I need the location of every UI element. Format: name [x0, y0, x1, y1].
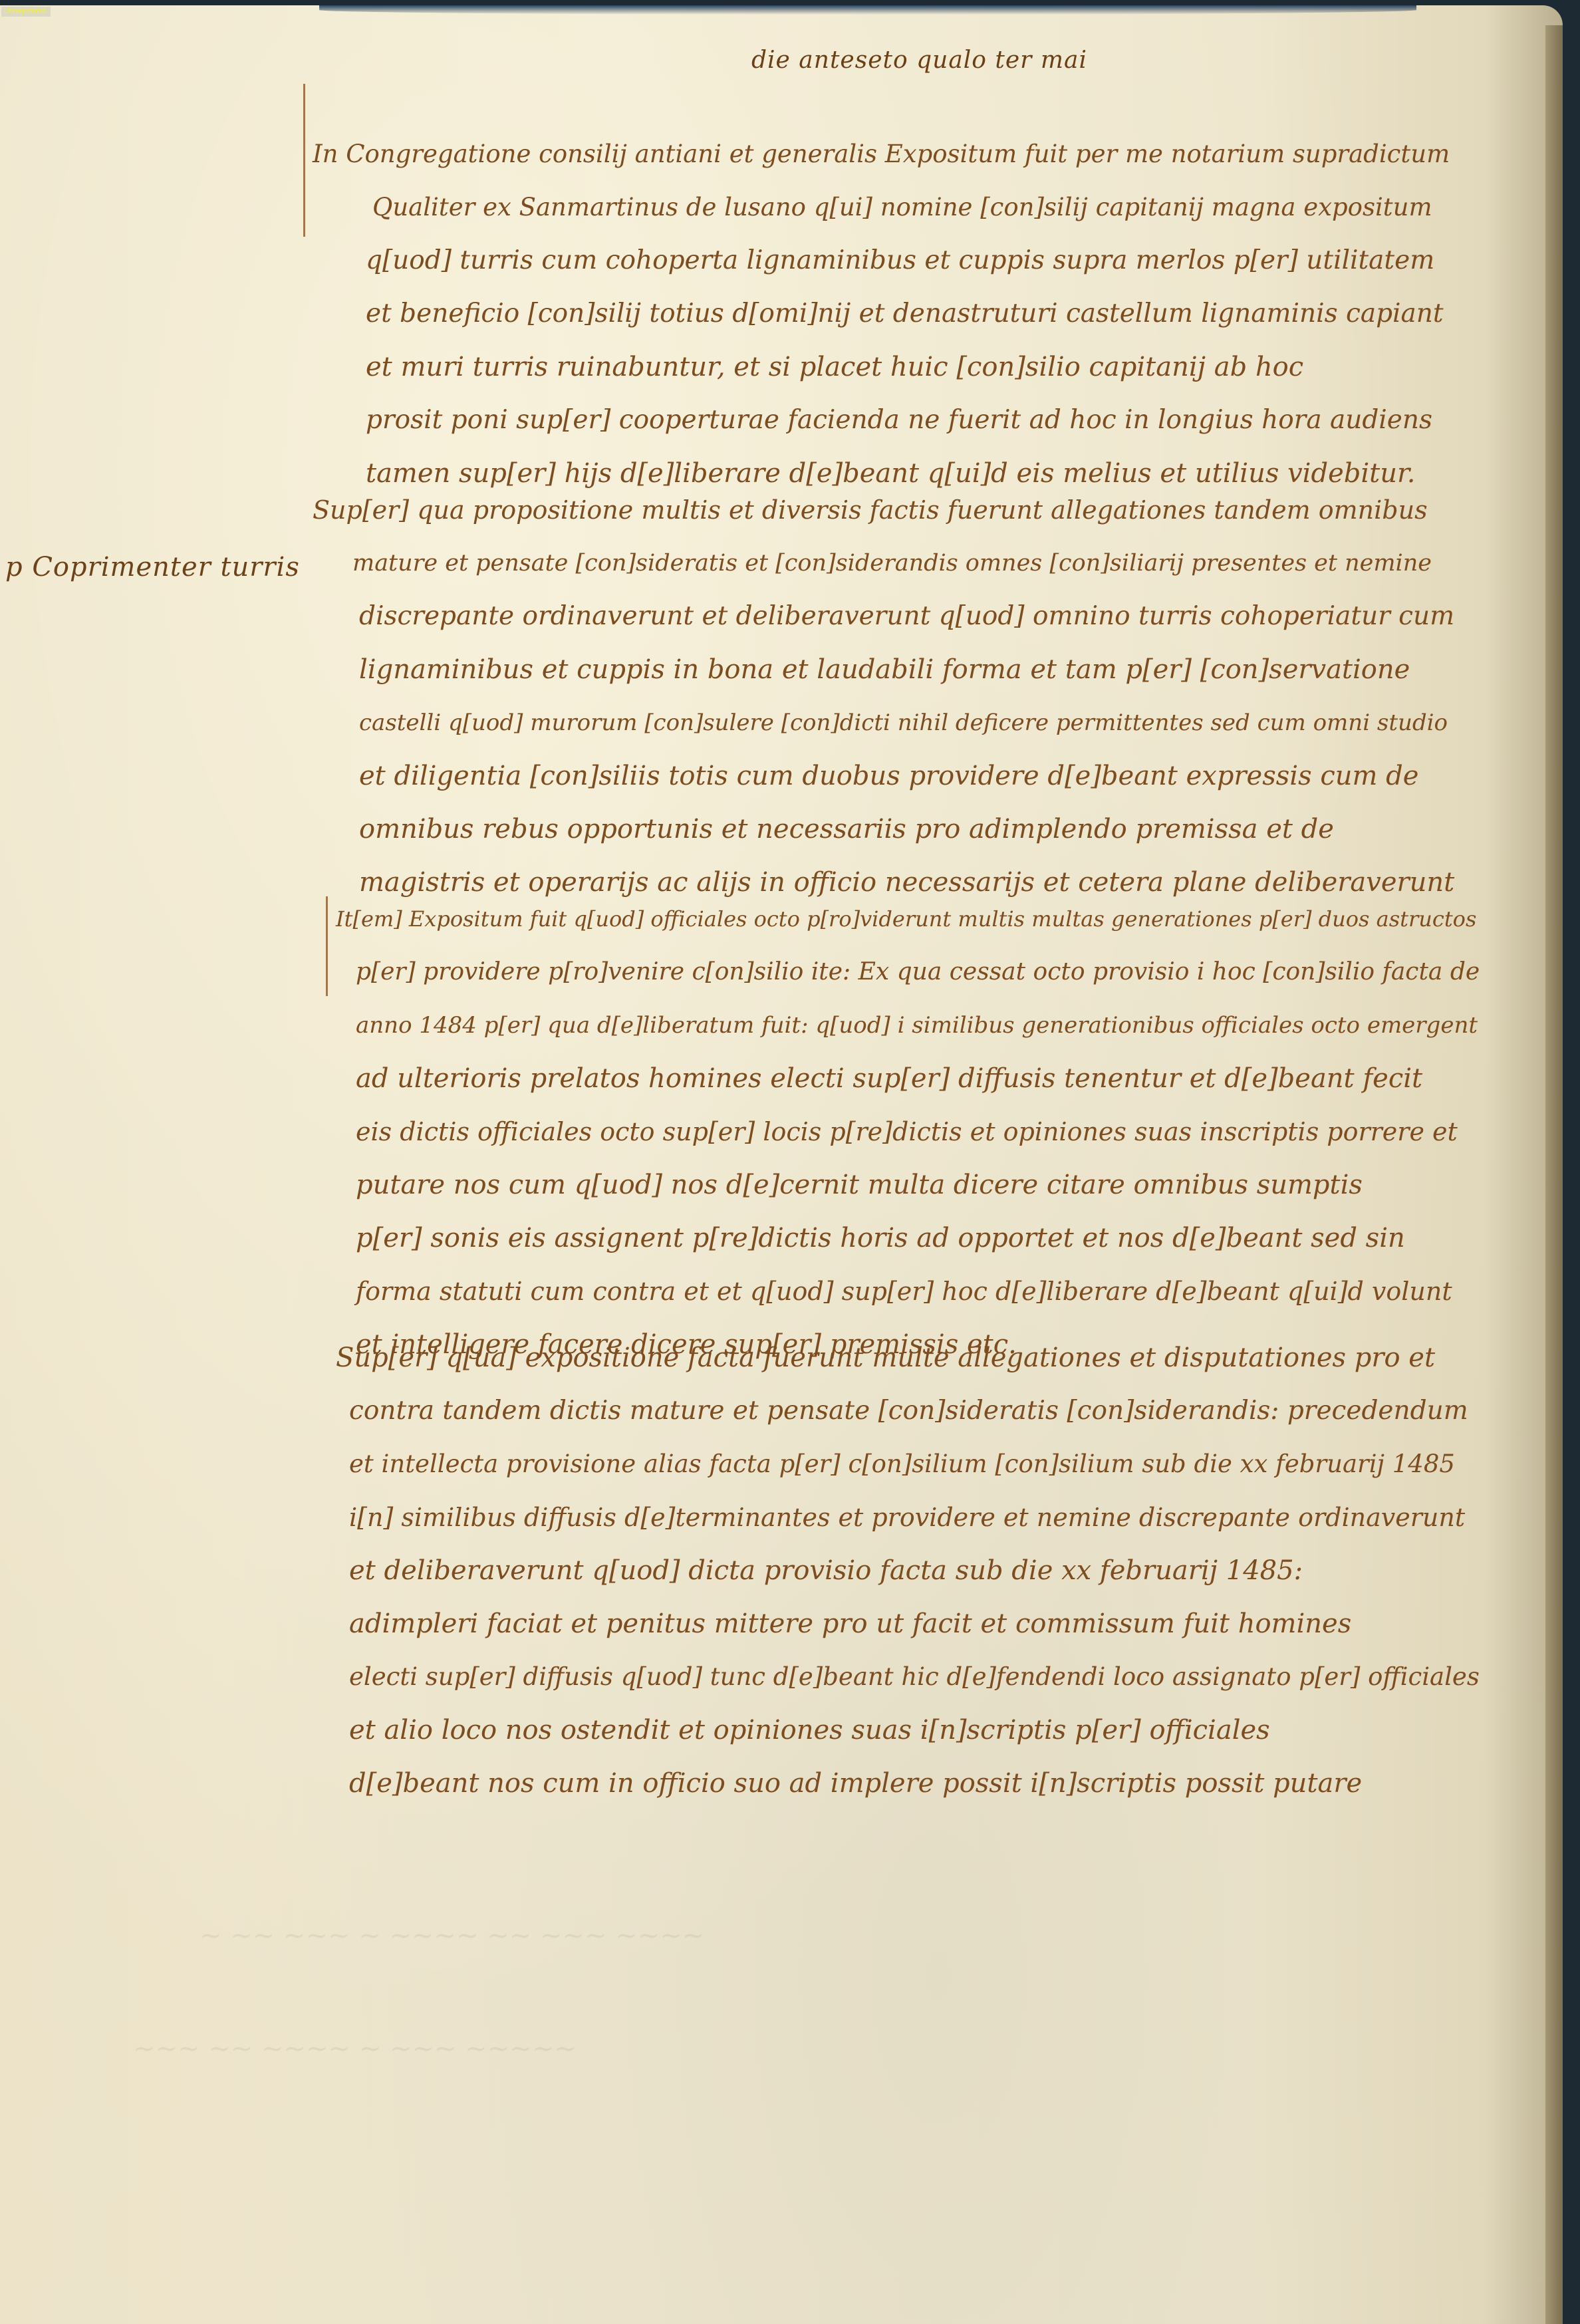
- text-line: i[n] similibus diffusis d[e]terminantes …: [349, 1501, 1465, 1533]
- paragraph-2: Sup[er] qua propositione multis et diver…: [313, 494, 1483, 893]
- text-line: putare nos cum q[uod] nos d[e]cernit mul…: [356, 1169, 1363, 1201]
- text-line: et beneficio [con]silij totius d[omi]nij…: [366, 298, 1444, 330]
- text-line: tamen sup[er] hijs d[e]liberare d[e]bean…: [366, 457, 1415, 489]
- text-line: Qualiter ex Sanmartinus de lusano q[ui] …: [372, 192, 1432, 223]
- text-line: castelli q[uod] murorum [con]sulere [con…: [359, 707, 1448, 739]
- unregistered-watermark: Unregistered.: [1, 7, 51, 17]
- show-through-text: ~~~ ~~ ~~~~ ~ ~~~ ~~~~~: [133, 2033, 577, 2064]
- text-line: d[e]beant nos cum in officio suo ad impl…: [349, 1767, 1362, 1799]
- show-through-text: ~ ~~ ~~~ ~ ~~~~ ~~ ~~~ ~~~~: [199, 1920, 704, 1951]
- text-line: lignaminibus et cuppis in bona et laudab…: [359, 654, 1410, 686]
- text-line: Sup[er] qua propositione multis et diver…: [313, 494, 1428, 526]
- page-edge: [1545, 25, 1563, 2324]
- manuscript-page: Unregistered. ~ ~~ ~~~ ~ ~~~~ ~~ ~~~ ~~~…: [0, 5, 1563, 2324]
- text-line: omnibus rebus opportunis et necessariis …: [359, 813, 1334, 845]
- text-line: et diligentia [con]siliis totis cum duob…: [359, 760, 1418, 792]
- text-line: p[er] providere p[ro]venire c[on]silio i…: [356, 956, 1480, 988]
- text-line: p[er] sonis eis assignent p[re]dictis ho…: [356, 1222, 1405, 1254]
- text-line: adimpleri faciat et penitus mittere pro …: [349, 1608, 1351, 1640]
- binding-shadow: [319, 5, 1416, 15]
- text-line: q[uod] turris cum cohoperta lignaminibus…: [366, 245, 1434, 277]
- text-line: prosit poni sup[er] cooperturae facienda…: [366, 404, 1432, 436]
- text-line: It[em] Expositum fuit q[uod] officiales …: [336, 903, 1476, 935]
- margin-note: p Coprimenter turris: [5, 552, 300, 582]
- text-line: anno 1484 p[er] qua d[e]liberatum fuit: …: [356, 1009, 1478, 1041]
- text-line: et alio loco nos ostendit et opiniones s…: [349, 1714, 1270, 1746]
- paragraph-4: Sup[er] q[ua] expositione facta fuerunt …: [336, 1342, 1493, 1807]
- text-line: et muri turris ruinabuntur, et si placet…: [366, 351, 1303, 383]
- paragraph-marker-rule: [303, 84, 305, 237]
- text-line: ad ulterioris prelatos homines electi su…: [356, 1063, 1422, 1095]
- text-line: et deliberaverunt q[uod] dicta provisio …: [349, 1555, 1303, 1587]
- text-line: forma statuti cum contra et et q[uod] su…: [356, 1275, 1452, 1307]
- paragraph-marker-rule: [326, 896, 328, 996]
- text-line: eis dictis officiales octo sup[er] locis…: [356, 1116, 1458, 1148]
- text-line: contra tandem dictis mature et pensate […: [349, 1395, 1468, 1427]
- text-line: discrepante ordinaverunt et deliberaveru…: [359, 600, 1454, 632]
- text-line: et intellecta provisione alias facta p[e…: [349, 1448, 1455, 1480]
- text-line: mature et pensate [con]sideratis et [con…: [352, 547, 1432, 579]
- text-line: magistris et operarijs ac alijs in offic…: [359, 866, 1454, 898]
- page-heading: die anteseto qualo ter mai: [751, 47, 1087, 74]
- text-line: electi sup[er] diffusis q[uod] tunc d[e]…: [349, 1661, 1480, 1693]
- text-line: Sup[er] q[ua] expositione facta fuerunt …: [336, 1342, 1435, 1374]
- paragraph-1: In Congregatione consilij antiani et gen…: [313, 138, 1483, 511]
- text-line: In Congregatione consilij antiani et gen…: [313, 138, 1450, 170]
- paragraph-3: It[em] Expositum fuit q[uod] officiales …: [336, 903, 1493, 1315]
